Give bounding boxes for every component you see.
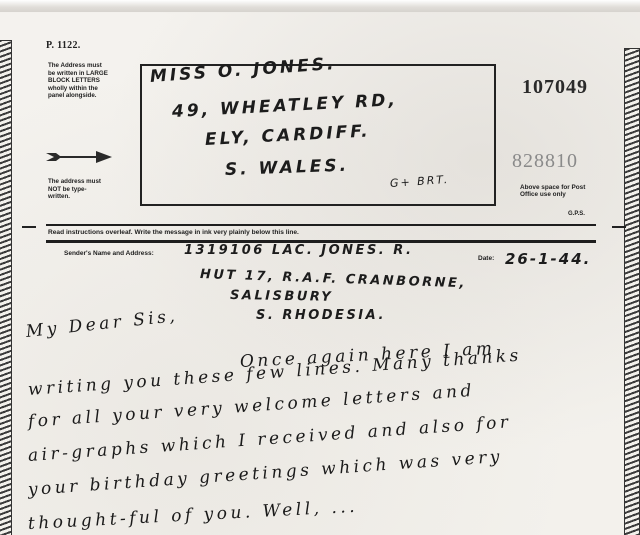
left-striped-border [0, 40, 12, 535]
address-instruction: The Address must be written in LARGE BLO… [48, 62, 108, 100]
fold-mark-left [22, 226, 36, 228]
sender-name: 1319106 LAC. JONES. R. [184, 243, 413, 258]
secondary-number: 828810 [512, 150, 578, 173]
form-number: P. 1122. [46, 40, 81, 51]
sender-country: S. RHODESIA. [256, 308, 386, 323]
issuer-mark: G.P.S. [568, 211, 585, 217]
arrow-right-icon [46, 150, 112, 164]
post-office-note: Above space for Post Office use only [520, 184, 596, 199]
serial-number: 107049 [522, 76, 588, 99]
sender-town: SALISBURY [230, 288, 333, 305]
letter-date: 26-1-44. [505, 250, 591, 268]
right-striped-border [624, 48, 640, 535]
fold-mark-right [612, 226, 626, 228]
message-instruction: Read instructions overleaf. Write the me… [48, 229, 299, 236]
divider-top [46, 224, 596, 226]
paper-top-edge [0, 0, 640, 12]
sender-label: Sender's Name and Address: [64, 250, 154, 257]
typewriter-instruction: The address must NOT be type-written. [48, 178, 108, 201]
date-label: Date: [478, 255, 494, 262]
